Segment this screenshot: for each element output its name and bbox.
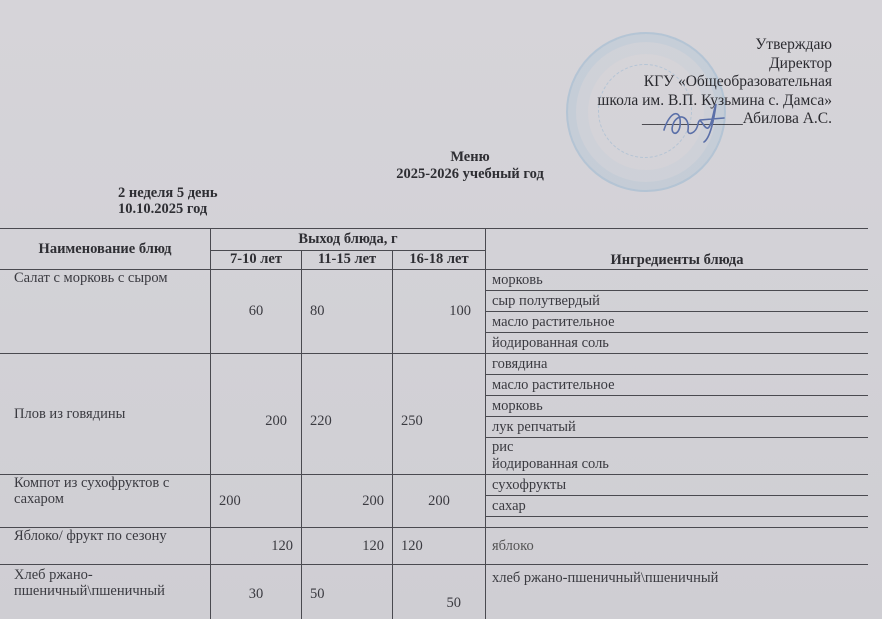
table-row: Компот из сухофруктов с сахаром 200 200 … xyxy=(0,475,868,528)
ingredient-empty xyxy=(486,517,868,527)
header-yield: Выход блюда, г xyxy=(211,229,486,251)
yield-11-15: 50 xyxy=(302,565,393,619)
ingredients-cell: морковь сыр полутвердый масло растительн… xyxy=(486,270,869,354)
ingredient: сахар xyxy=(486,496,868,517)
yield-11-15: 200 xyxy=(302,475,393,528)
dish-name: Яблоко/ фрукт по сезону xyxy=(0,528,211,565)
menu-date: 10.10.2025 год xyxy=(118,201,218,217)
header-age-16-18: 16-18 лет xyxy=(393,250,486,269)
table-row: Плов из говядины 200 220 250 говядина ма… xyxy=(0,354,868,475)
yield-11-15: 80 xyxy=(302,270,393,354)
dish-name: Хлеб ржано-пшеничный\пшеничный xyxy=(0,565,211,619)
handwritten-signature-icon xyxy=(660,100,732,144)
table-row: Салат с морковь с сыром 60 80 100 морков… xyxy=(0,270,868,354)
menu-table: Наименование блюд Выход блюда, г Ингреди… xyxy=(0,228,868,619)
header-age-7-10: 7-10 лет xyxy=(211,250,302,269)
approval-position: Директор xyxy=(597,55,832,74)
yield-7-10: 120 xyxy=(211,528,302,565)
week-day-label: 2 неделя 5 день xyxy=(118,185,218,201)
yield-7-10: 60 xyxy=(211,270,302,354)
document-title: Меню 2025-2026 учебный год xyxy=(360,149,580,183)
table-header-row: Наименование блюд Выход блюда, г Ингреди… xyxy=(0,229,868,251)
yield-7-10: 200 xyxy=(211,354,302,475)
ingredient: яблоко xyxy=(486,528,869,565)
ingredient: сыр полутвердый xyxy=(486,291,868,312)
approval-line: Утверждаю xyxy=(597,36,832,55)
ingredient: морковь xyxy=(486,396,868,417)
ingredients-cell: сухофрукты сахар xyxy=(486,475,869,528)
menu-title: Меню xyxy=(360,149,580,166)
ingredients-cell: говядина масло растительное морковь лук … xyxy=(486,354,869,475)
ingredient: рис xyxy=(486,438,868,456)
ingredient: хлеб ржано-пшеничный\пшеничный xyxy=(486,565,869,619)
header-age-11-15: 11-15 лет xyxy=(302,250,393,269)
yield-11-15: 220 xyxy=(302,354,393,475)
approval-org: КГУ «Общеобразовательная xyxy=(597,73,832,92)
ingredient: йодированная соль xyxy=(486,456,868,474)
ingredient: морковь xyxy=(486,270,868,291)
school-year: 2025-2026 учебный год xyxy=(360,166,580,183)
ingredient: масло растительное xyxy=(486,312,868,333)
menu-document: Утверждаю Директор КГУ «Общеобразователь… xyxy=(0,0,882,619)
dish-name: Салат с морковь с сыром xyxy=(0,270,211,354)
yield-16-18: 50 xyxy=(393,565,486,619)
yield-16-18: 120 xyxy=(393,528,486,565)
ingredient: лук репчатый xyxy=(486,417,868,438)
dish-name: Плов из говядины xyxy=(0,354,211,475)
yield-7-10: 30 xyxy=(211,565,302,619)
yield-16-18: 250 xyxy=(393,354,486,475)
menu-date-block: 2 неделя 5 день 10.10.2025 год xyxy=(118,185,218,217)
yield-7-10: 200 xyxy=(211,475,302,528)
yield-11-15: 120 xyxy=(302,528,393,565)
yield-16-18: 100 xyxy=(393,270,486,354)
ingredient: сухофрукты xyxy=(486,475,868,496)
table-row: Хлеб ржано-пшеничный\пшеничный 30 50 50 … xyxy=(0,565,868,619)
header-ingredients: Ингредиенты блюда xyxy=(486,229,869,270)
ingredient: йодированная соль xyxy=(486,333,868,353)
ingredient: масло растительное xyxy=(486,375,868,396)
ingredient: говядина xyxy=(486,354,868,375)
dish-name: Компот из сухофруктов с сахаром xyxy=(0,475,211,528)
yield-16-18: 200 xyxy=(393,475,486,528)
table-row: Яблоко/ фрукт по сезону 120 120 120 ябло… xyxy=(0,528,868,565)
header-dish-name: Наименование блюд xyxy=(0,229,211,270)
